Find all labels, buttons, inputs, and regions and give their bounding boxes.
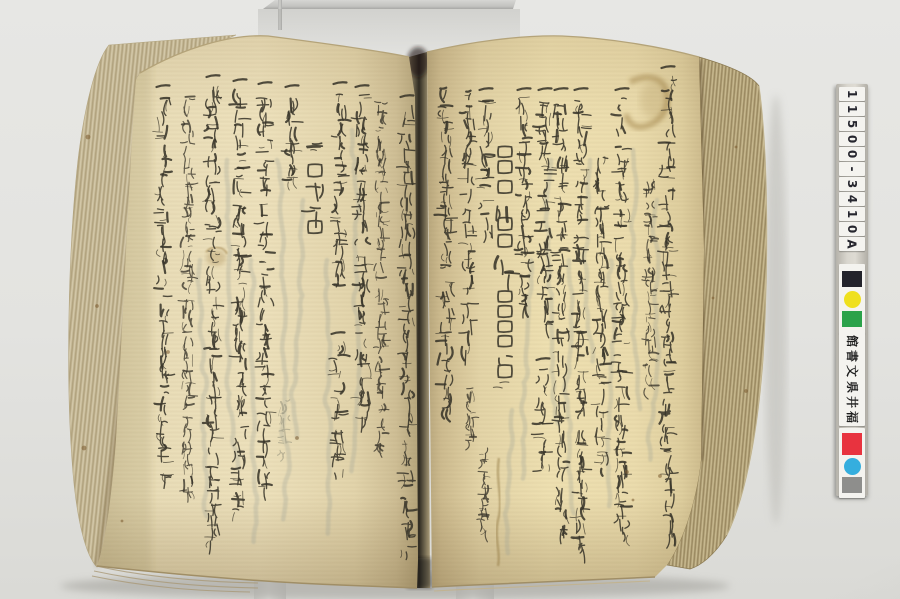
foxing-spot bbox=[86, 135, 91, 140]
label-code-char: 3 bbox=[839, 177, 865, 191]
foxing-spot bbox=[166, 350, 170, 354]
left-page bbox=[90, 30, 425, 599]
foxing-spot bbox=[625, 470, 629, 474]
calibration-yellow-circle bbox=[844, 291, 861, 308]
foxing-spot bbox=[658, 474, 662, 478]
label-code-char: 5 bbox=[839, 117, 865, 131]
institution-char-text: 県 bbox=[846, 381, 858, 393]
institution-char: 福 bbox=[839, 410, 865, 425]
label-code-char-text: 1 bbox=[846, 210, 858, 218]
institution-char-text: 文 bbox=[846, 365, 858, 377]
archive-photo: { "photo": { "subject": "open bound manu… bbox=[0, 0, 900, 599]
label-code-char-text: 4 bbox=[846, 195, 858, 203]
foxing-spot bbox=[295, 436, 299, 440]
institution-char: 書 bbox=[839, 349, 865, 364]
label-code-char-text: 0 bbox=[846, 150, 858, 158]
label-code-char-text: 1 bbox=[846, 105, 858, 113]
label-code-char-text: 1 bbox=[846, 90, 858, 98]
calibration-gray-square bbox=[842, 477, 862, 493]
institution-char: 井 bbox=[839, 394, 865, 409]
foxing-spot bbox=[121, 520, 124, 523]
foxing-spot bbox=[744, 389, 748, 393]
label-strip: 11500-3410A 館書文県井福 bbox=[836, 84, 868, 496]
calibration-blue-circle bbox=[844, 458, 861, 475]
book-side-shadow bbox=[765, 95, 787, 525]
institution-char-text: 館 bbox=[846, 335, 858, 347]
foxing-spot bbox=[735, 146, 738, 149]
label-code-char: 1 bbox=[839, 102, 865, 116]
stain bbox=[640, 81, 670, 119]
stain bbox=[206, 250, 226, 266]
institution-char-text: 井 bbox=[846, 396, 858, 408]
institution-char: 文 bbox=[839, 364, 865, 379]
label-code-char: - bbox=[839, 162, 865, 176]
label-code-char-text: - bbox=[846, 167, 858, 172]
calibration-black-square bbox=[842, 271, 862, 287]
label-code-char-text: 3 bbox=[846, 180, 858, 188]
foxing-spot bbox=[82, 446, 87, 451]
label-code-char-text: 0 bbox=[846, 135, 858, 143]
label-code-char: 0 bbox=[839, 132, 865, 146]
calibration-red-square bbox=[842, 433, 862, 455]
calibration-tile-bottom bbox=[839, 428, 865, 498]
label-code-char: 1 bbox=[839, 87, 865, 101]
institution-char: 館 bbox=[839, 333, 865, 348]
foxing-spot bbox=[632, 499, 635, 502]
label-code-char: 1 bbox=[839, 207, 865, 221]
foxing-spot bbox=[712, 297, 715, 300]
institution-char: 県 bbox=[839, 379, 865, 394]
right-page bbox=[424, 30, 709, 599]
label-code-char-text: 5 bbox=[846, 120, 858, 128]
photo-stage: 11500-3410A 館書文県井福 bbox=[0, 0, 900, 599]
institution-char-text: 書 bbox=[846, 350, 858, 362]
institution-label: 館書文県井福 bbox=[839, 332, 865, 426]
label-code-char: 0 bbox=[839, 147, 865, 161]
institution-char-text: 福 bbox=[846, 411, 858, 423]
label-code-char-text: 0 bbox=[846, 225, 858, 233]
label-code-char: 4 bbox=[839, 192, 865, 206]
open-book bbox=[0, 0, 900, 599]
calibration-green-square bbox=[842, 311, 862, 327]
label-code-char-text: A bbox=[846, 239, 858, 248]
foxing-spot bbox=[95, 304, 99, 308]
calibration-tile-top bbox=[839, 264, 865, 334]
label-code-char: A bbox=[839, 237, 865, 251]
label-code-char: 0 bbox=[839, 222, 865, 236]
